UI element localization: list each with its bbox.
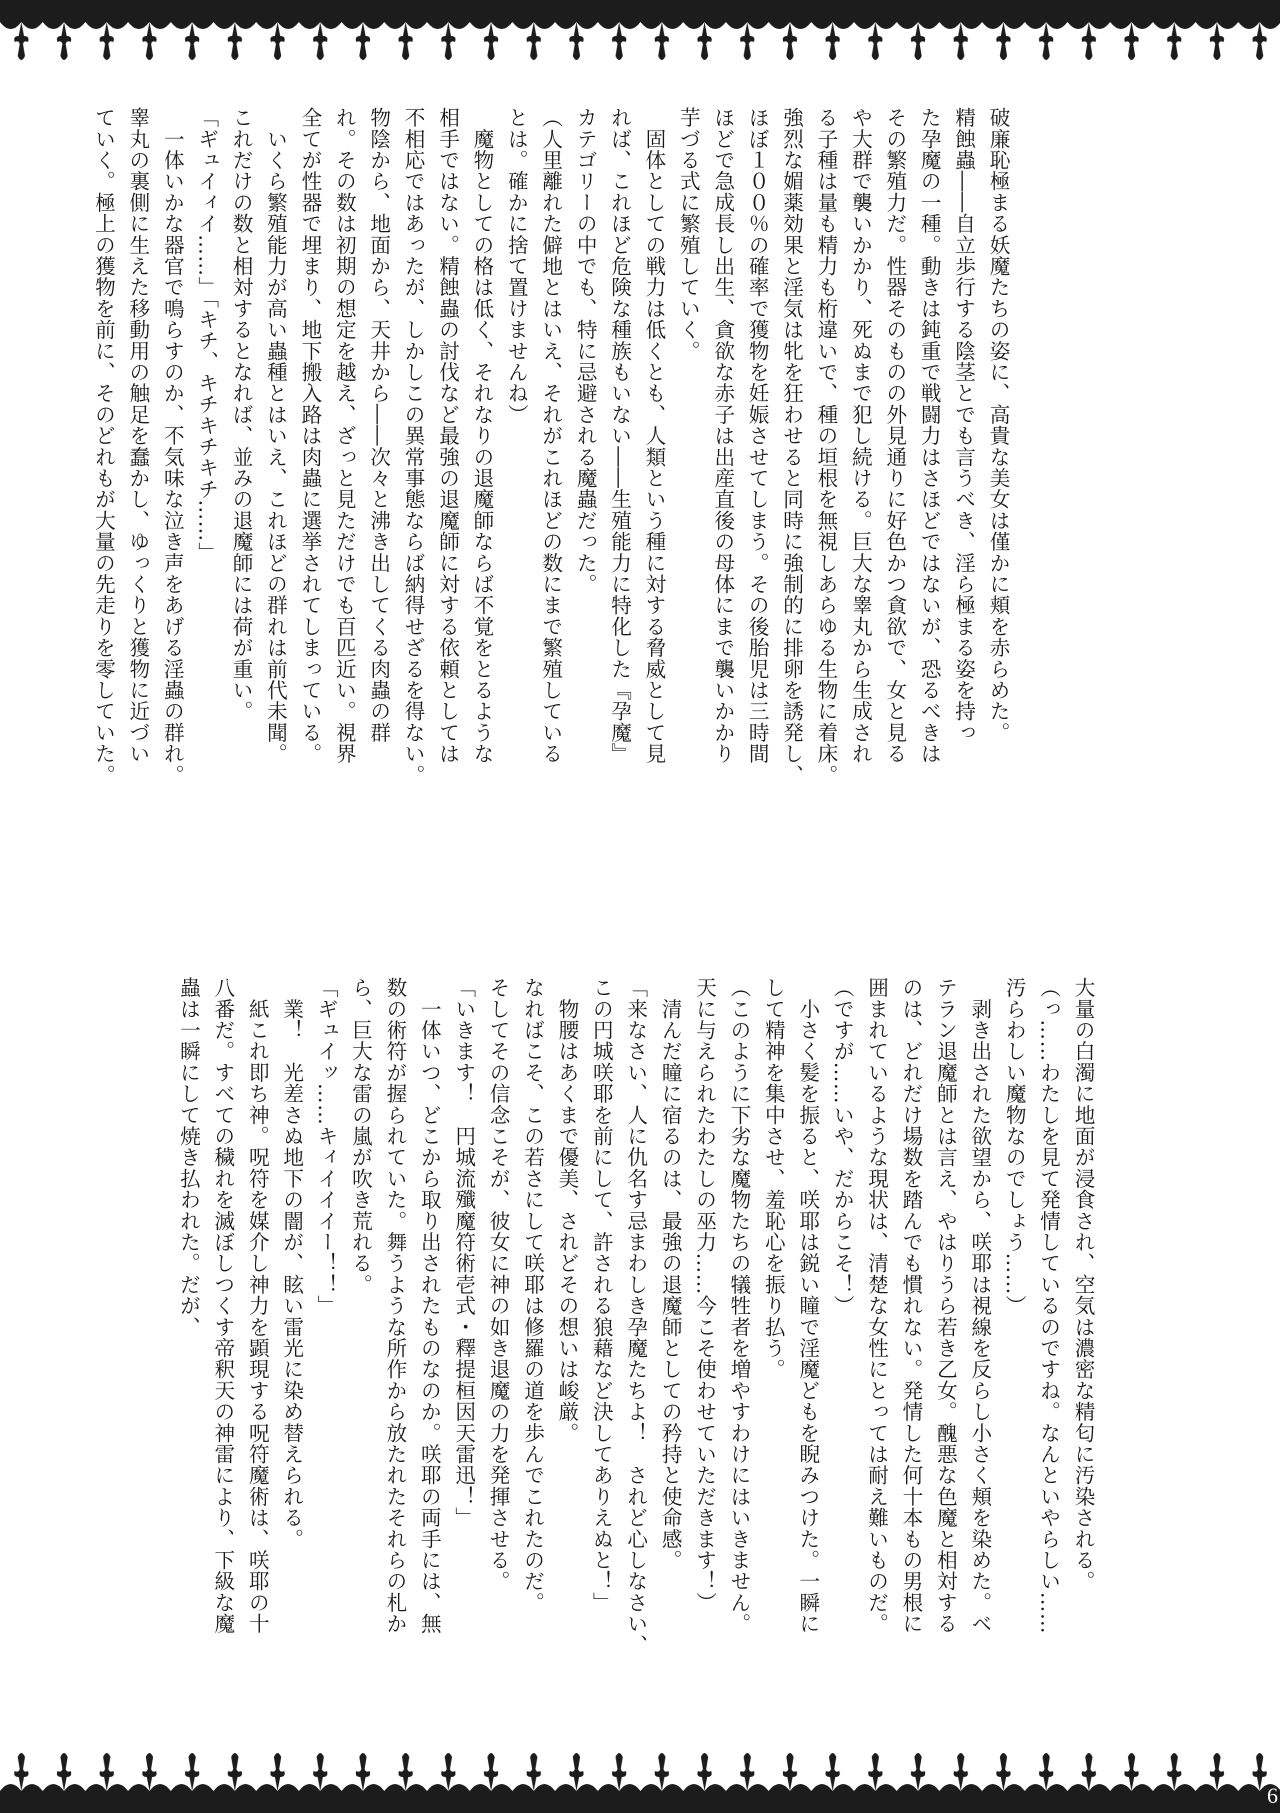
text-line: 物腰はあくまで優美、されどその想いは峻厳。 [550,977,584,1717]
text-line: 固体としての戦力は低くとも、人類という種に対する脅威として見 [637,107,671,907]
text-line: 破廉恥極まる妖魔たちの姿に、高貴な美女は僅かに頬を赤らめた。 [981,107,1015,907]
text-line: この円城咲耶を前にして、許される狼藉など決してありえぬと！」 [584,977,618,1717]
text-line: た孕魔の一種。動きは鈍重で戦闘力はさほどではないが、恐るべきは [912,107,946,907]
text-line: 不相応ではあったが、しかしこの異常事態ならば納得せざるを得ない。 [396,107,430,907]
decorative-border-bottom [0,1743,1280,1813]
text-line: テラン退魔師とは言え、やはりうら若き乙女。醜悪な色魔と相対する [928,977,962,1717]
text-line: 「いきます！ 円城流殲魔符術壱式・釋提桓因天雷迅！」 [446,977,480,1717]
text-block-lower: 大量の白濁に地面が浸食され、空気は濃密な精匂に汚染される。 （っ……わたしを見て… [171,977,1100,1717]
text-line: れ。その数は初期の想定を越え、ざっと見ただけでも百匹近い。視界 [327,107,361,907]
text-line: ていく。極上の獲物を前に、そのどれもが大量の先走りを零していた。 [86,107,120,907]
text-line: そしてその信念こそが、彼女に神の如き退魔の力を発揮させる。 [481,977,515,1717]
text-line: 「ギュイッ……キィイイイー！！」 [309,977,343,1717]
text-line: 清んだ瞳に宿るのは、最強の退魔師としての矜持と使命感。 [653,977,687,1717]
text-line: 業！ 光差さぬ地下の闇が、眩い雷光に染め替えられる。 [274,977,308,1717]
text-line: れば、これほど危険な種族もいない――生殖能力に特化した『孕魔』 [602,107,636,907]
text-line: 囲まれているような現状は、清楚な女性にとっては耐え難いものだ。 [859,977,893,1717]
text-line: 蟲は一瞬にして焼き払われた。だが、 [171,977,205,1717]
text-line: 物陰から、地面から、天井から――次々と沸き出してくる肉蟲の群 [361,107,395,907]
text-line: 小さく髪を振ると、咲耶は鋭い瞳で淫魔どもを睨みつけた。一瞬に [790,977,824,1717]
text-line: 大量の白濁に地面が浸食され、空気は濃密な精匂に汚染される。 [1066,977,1100,1717]
text-line: これだけの数と相対するとなれば、並みの退魔師には荷が重い。 [224,107,258,907]
text-line: 八番だ。すべての穢れを滅ぼしつくす帝釈天の神雷により、下級な魔 [205,977,239,1717]
text-line: 数の術符が握られていた。舞うような所作から放たれたそれらの札か [377,977,411,1717]
text-line: いくら繁殖能力が高い蟲種とはいえ、これほどの群れは前代未聞。 [258,107,292,907]
text-line: （このように下劣な魔物たちの犠牲者を増やすわけにはいきません。 [722,977,756,1717]
text-line: なればこそ、この若さにして咲耶は修羅の道を歩んでこれたのだ。 [515,977,549,1717]
text-line: る子種は量も精力も桁違いで、種の垣根を無視しあらゆる生物に着床。 [809,107,843,907]
fleur-de-lis-border-icon [0,1743,1280,1813]
text-line: 「来なさい、人に仇名す忌まわしき孕魔たちよ！ されど心しなさい、 [618,977,652,1717]
text-line: とは。確かに捨て置けませんね） [499,107,533,907]
text-line: や大群で襲いかかり、死ぬまで犯し続ける。巨大な睾丸から生成され [843,107,877,907]
text-line: （っ……わたしを見て発情しているのですね。なんといやらしい…… [1031,977,1065,1717]
text-line: 相手ではない。精蝕蟲の討伐など最強の退魔師に対する依頼としては [430,107,464,907]
text-line: 強烈な媚薬効果と淫気は牝を狂わせると同時に強制的に排卵を誘発し、 [774,107,808,907]
text-line: 汚らわしい魔物なのでしょう……） [997,977,1031,1717]
text-line: 魔物としての格は低く、それなりの退魔師ならば不覚をとるような [465,107,499,907]
text-line: 天に与えられたわたしの巫力……今こそ使わせていただきます！） [687,977,721,1717]
text-line: （人里離れた僻地とはいえ、それがこれほどの数にまで繁殖している [533,107,567,907]
text-line: 精蝕蟲――自立歩行する陰茎とでも言うべき、淫ら極まる姿を持っ [946,107,980,907]
text-line: のは、どれだけ場数を踏んでも慣れない。発情した何十本もの男根に [894,977,928,1717]
text-line: （ですが……いや、だからこそ！） [825,977,859,1717]
text-line: 剥き出された欲望から、咲耶は視線を反らし小さく頬を染めた。ベ [962,977,996,1717]
text-line: ら、巨大な雷の嵐が吹き荒れる。 [343,977,377,1717]
decorative-border-top [0,0,1280,70]
text-line: して精神を集中させ、羞恥心を振り払う。 [756,977,790,1717]
text-line: 全てが性器で埋まり、地下搬入路は肉蟲に選挙されてしまっている。 [292,107,326,907]
page-number: 6 [1267,1783,1278,1809]
text-line: 紙これ即ち神。呪符を媒介し神力を顕現する呪符魔術は、咲耶の十 [240,977,274,1717]
text-line: 一体いつ、どこから取り出されたものなのか。咲耶の両手には、無 [412,977,446,1717]
text-line: 睾丸の裏側に生えた移動用の触足を蠢かし、ゆっくりと獲物に近づい [120,107,154,907]
text-line: 一体いかな器官で鳴らすのか、不気味な泣き声をあげる淫蟲の群れ。 [155,107,189,907]
text-line: ほどで急成長し出生、貪欲な赤子は出産直後の母体にまで襲いかかり [705,107,739,907]
text-line: 「ギュイィイ……」「キチ、キチキチキチ……」 [189,107,223,907]
fleur-de-lis-border-icon [0,0,1280,70]
text-line: 芋づる式に繁殖していく。 [671,107,705,907]
text-block-upper: 破廉恥極まる妖魔たちの姿に、高貴な美女は僅かに頬を赤らめた。 精蝕蟲――自立歩行… [86,107,1015,907]
text-line: ほぼ１００％の確率で獲物を妊娠させてしまう。その後胎児は三時間 [740,107,774,907]
text-line: カテゴリーの中でも、特に忌避される魔蟲だった。 [568,107,602,907]
text-line: その繁殖力だ。性器そのものの外見通りに好色かつ貪欲で、女と見る [877,107,911,907]
